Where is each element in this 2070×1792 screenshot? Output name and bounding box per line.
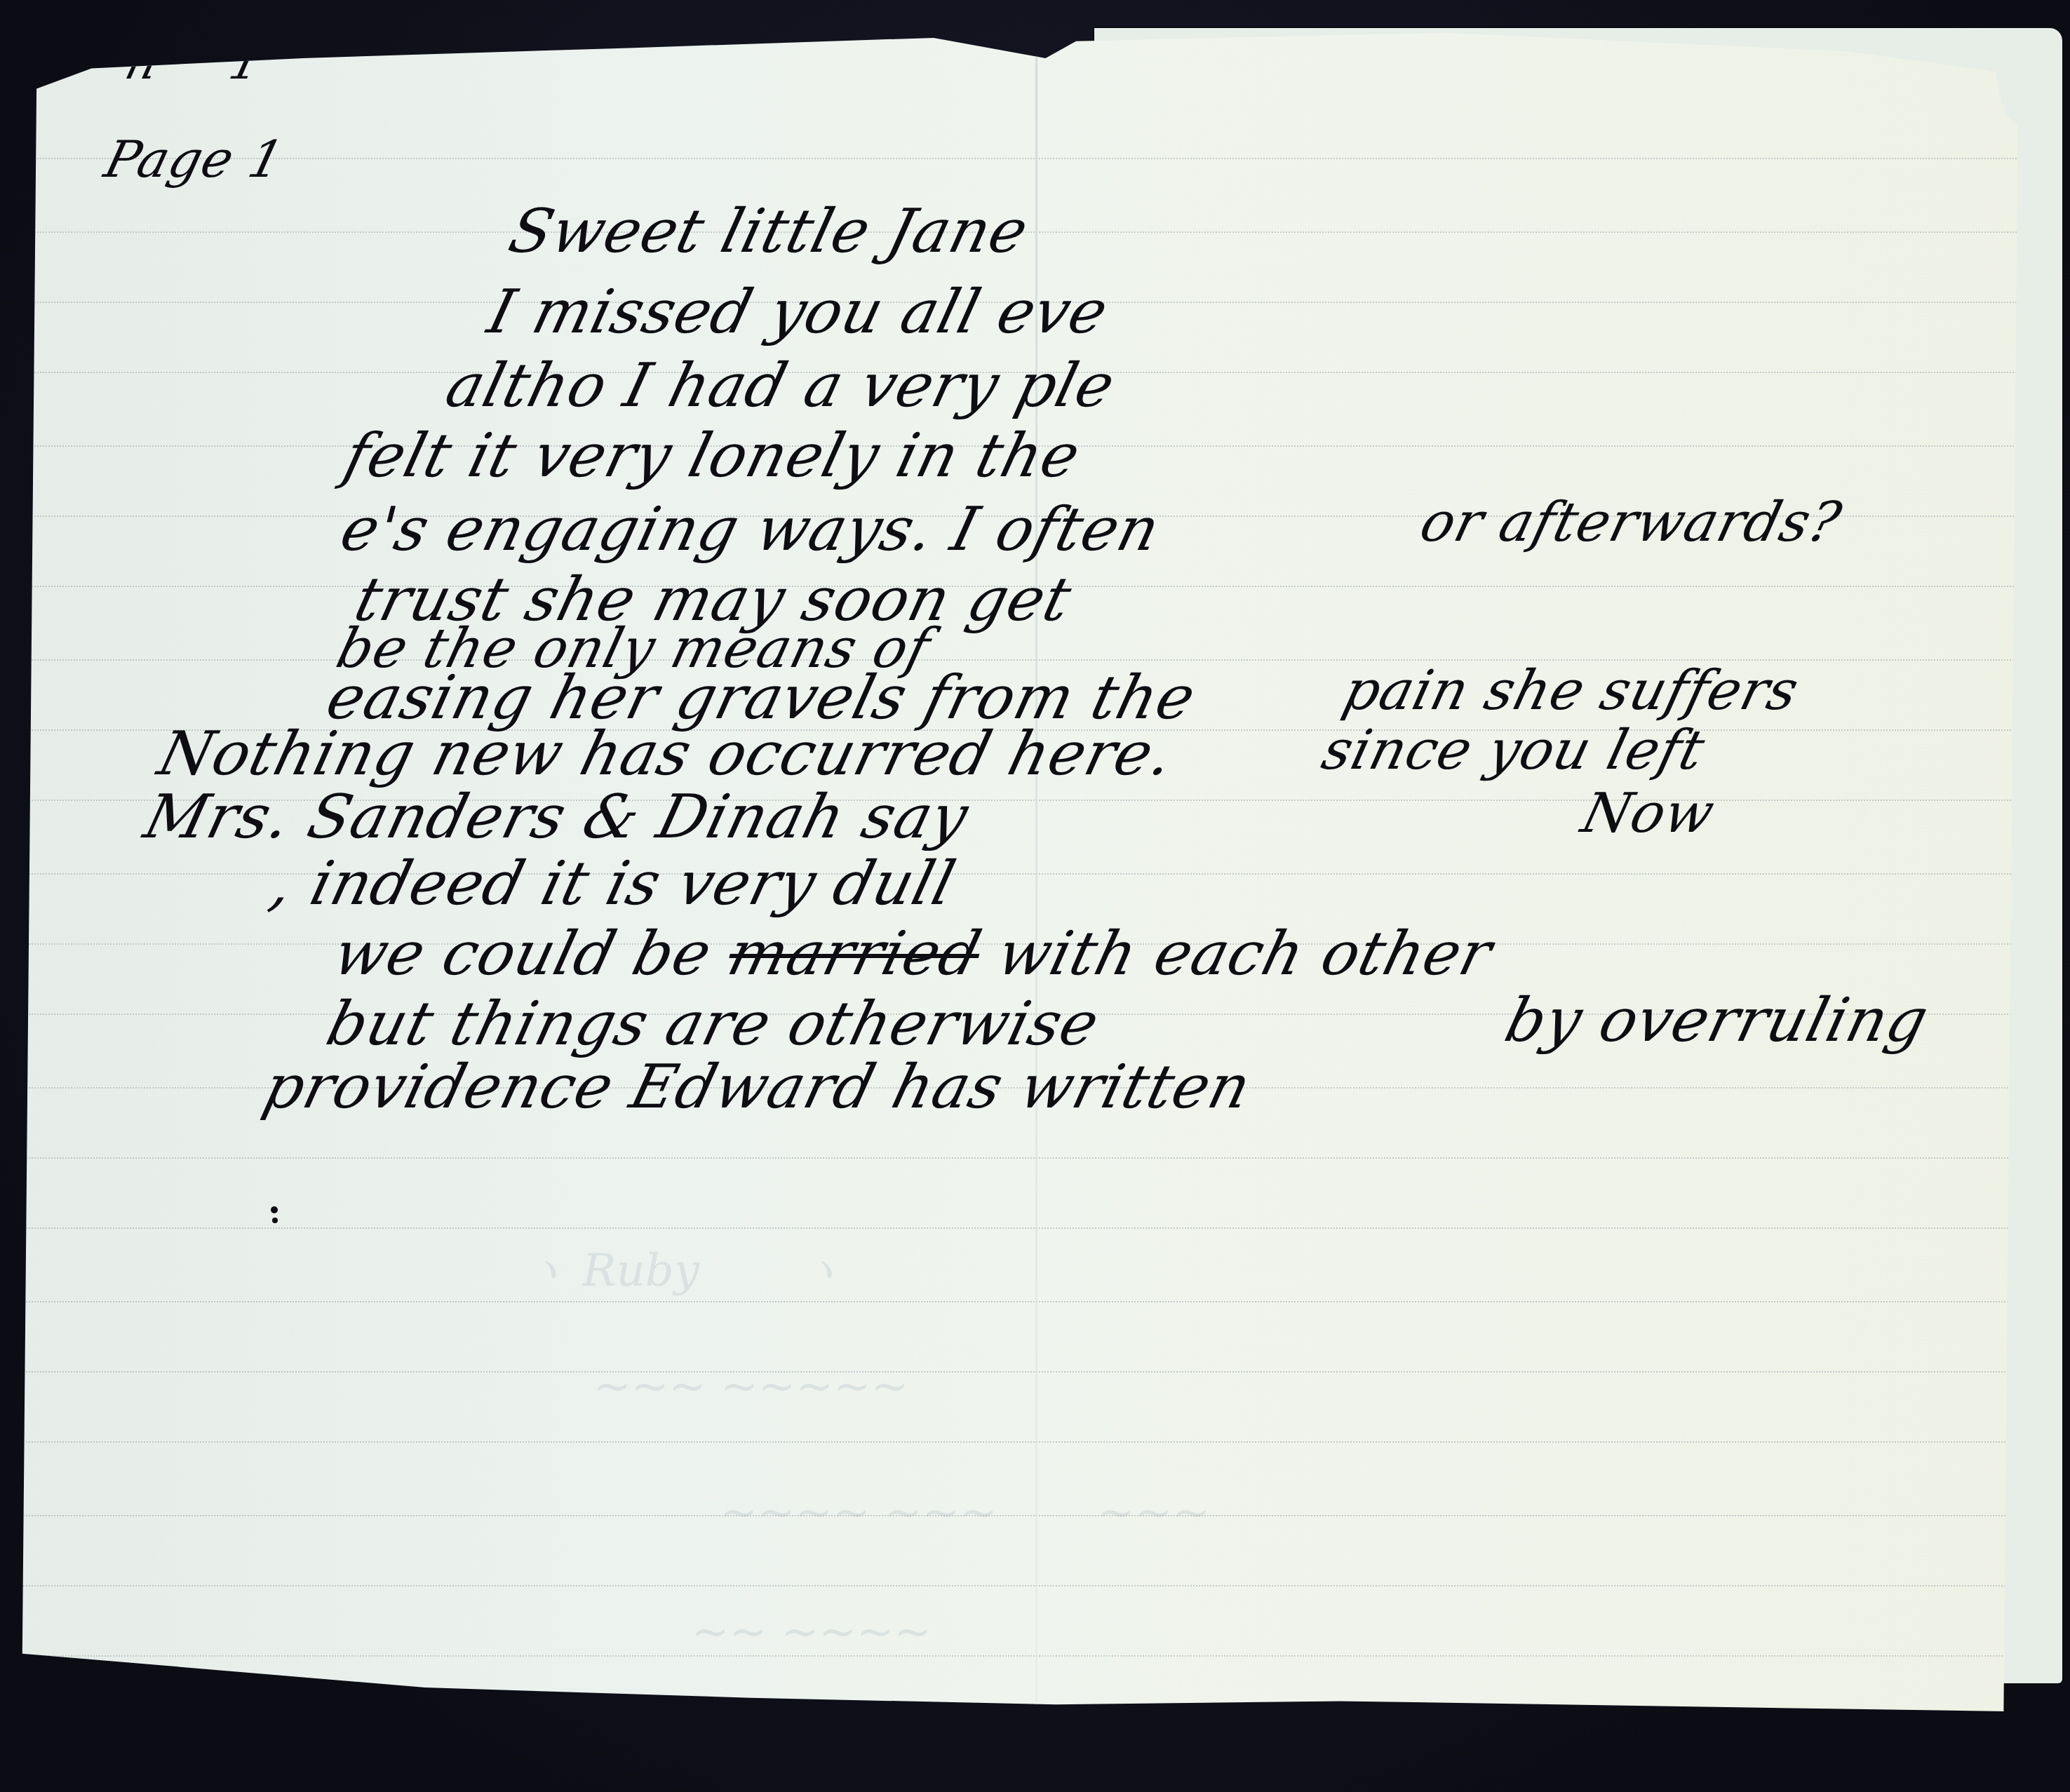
letter-line-right: Now — [1575, 782, 1721, 845]
letter-line: , indeed it is very dull — [264, 849, 962, 919]
letter-fragment: we could be — [327, 919, 719, 989]
letter-line: Nothing new has occurred here. — [152, 719, 1181, 789]
letter-line: e's engaging ways. I often — [334, 494, 1167, 565]
bleed-through-text: ~~ ~~~~ — [692, 1606, 932, 1658]
bleed-through-text: ~~~ ~~~~~ — [593, 1361, 908, 1413]
letter-line-right: or afterwards? — [1414, 491, 1848, 554]
letter-line-right: since you left — [1316, 719, 1712, 782]
center-fold — [1035, 14, 1037, 1711]
letter-line: I missed you all eve — [481, 277, 1115, 347]
struck-word: married — [721, 919, 988, 989]
ink-dot — [272, 1218, 278, 1223]
letter-line: felt it very lonely in the — [337, 421, 1087, 491]
letter-line-right: by overruling — [1498, 985, 1935, 1056]
letter-line: we could be married with each other — [327, 919, 1499, 989]
letter-sheet: ヽ Ruby ヽ ~~~ ~~~~~ ~~~~ ~~~ ~~~ ~~ ~~~~ … — [18, 14, 2052, 1711]
letter-line: providence Edward has written — [257, 1052, 1258, 1122]
letter-line: Mrs. Sanders & Dinah say — [137, 782, 976, 852]
bleed-through-text: ヽ Ruby ヽ — [523, 1234, 844, 1299]
letter-fragment: with each other — [990, 919, 1499, 989]
ink-dot — [271, 1206, 278, 1213]
letter-line-right: pain she suffers — [1337, 659, 1806, 722]
page-label: Page 1 — [99, 130, 290, 189]
top-edge-marks: n ^ 1 — [120, 35, 269, 90]
bleed-through-text: ~~~~ ~~~ ~~~ — [720, 1487, 1210, 1539]
letter-line: but things are otherwise — [320, 989, 1106, 1059]
letter-line: altho I had a very ple — [439, 351, 1122, 421]
scan-background: ヽ Ruby ヽ ~~~ ~~~~~ ~~~~ ~~~ ~~~ ~~ ~~~~ … — [0, 0, 2070, 1792]
salutation: Sweet little Jane — [502, 196, 1035, 267]
